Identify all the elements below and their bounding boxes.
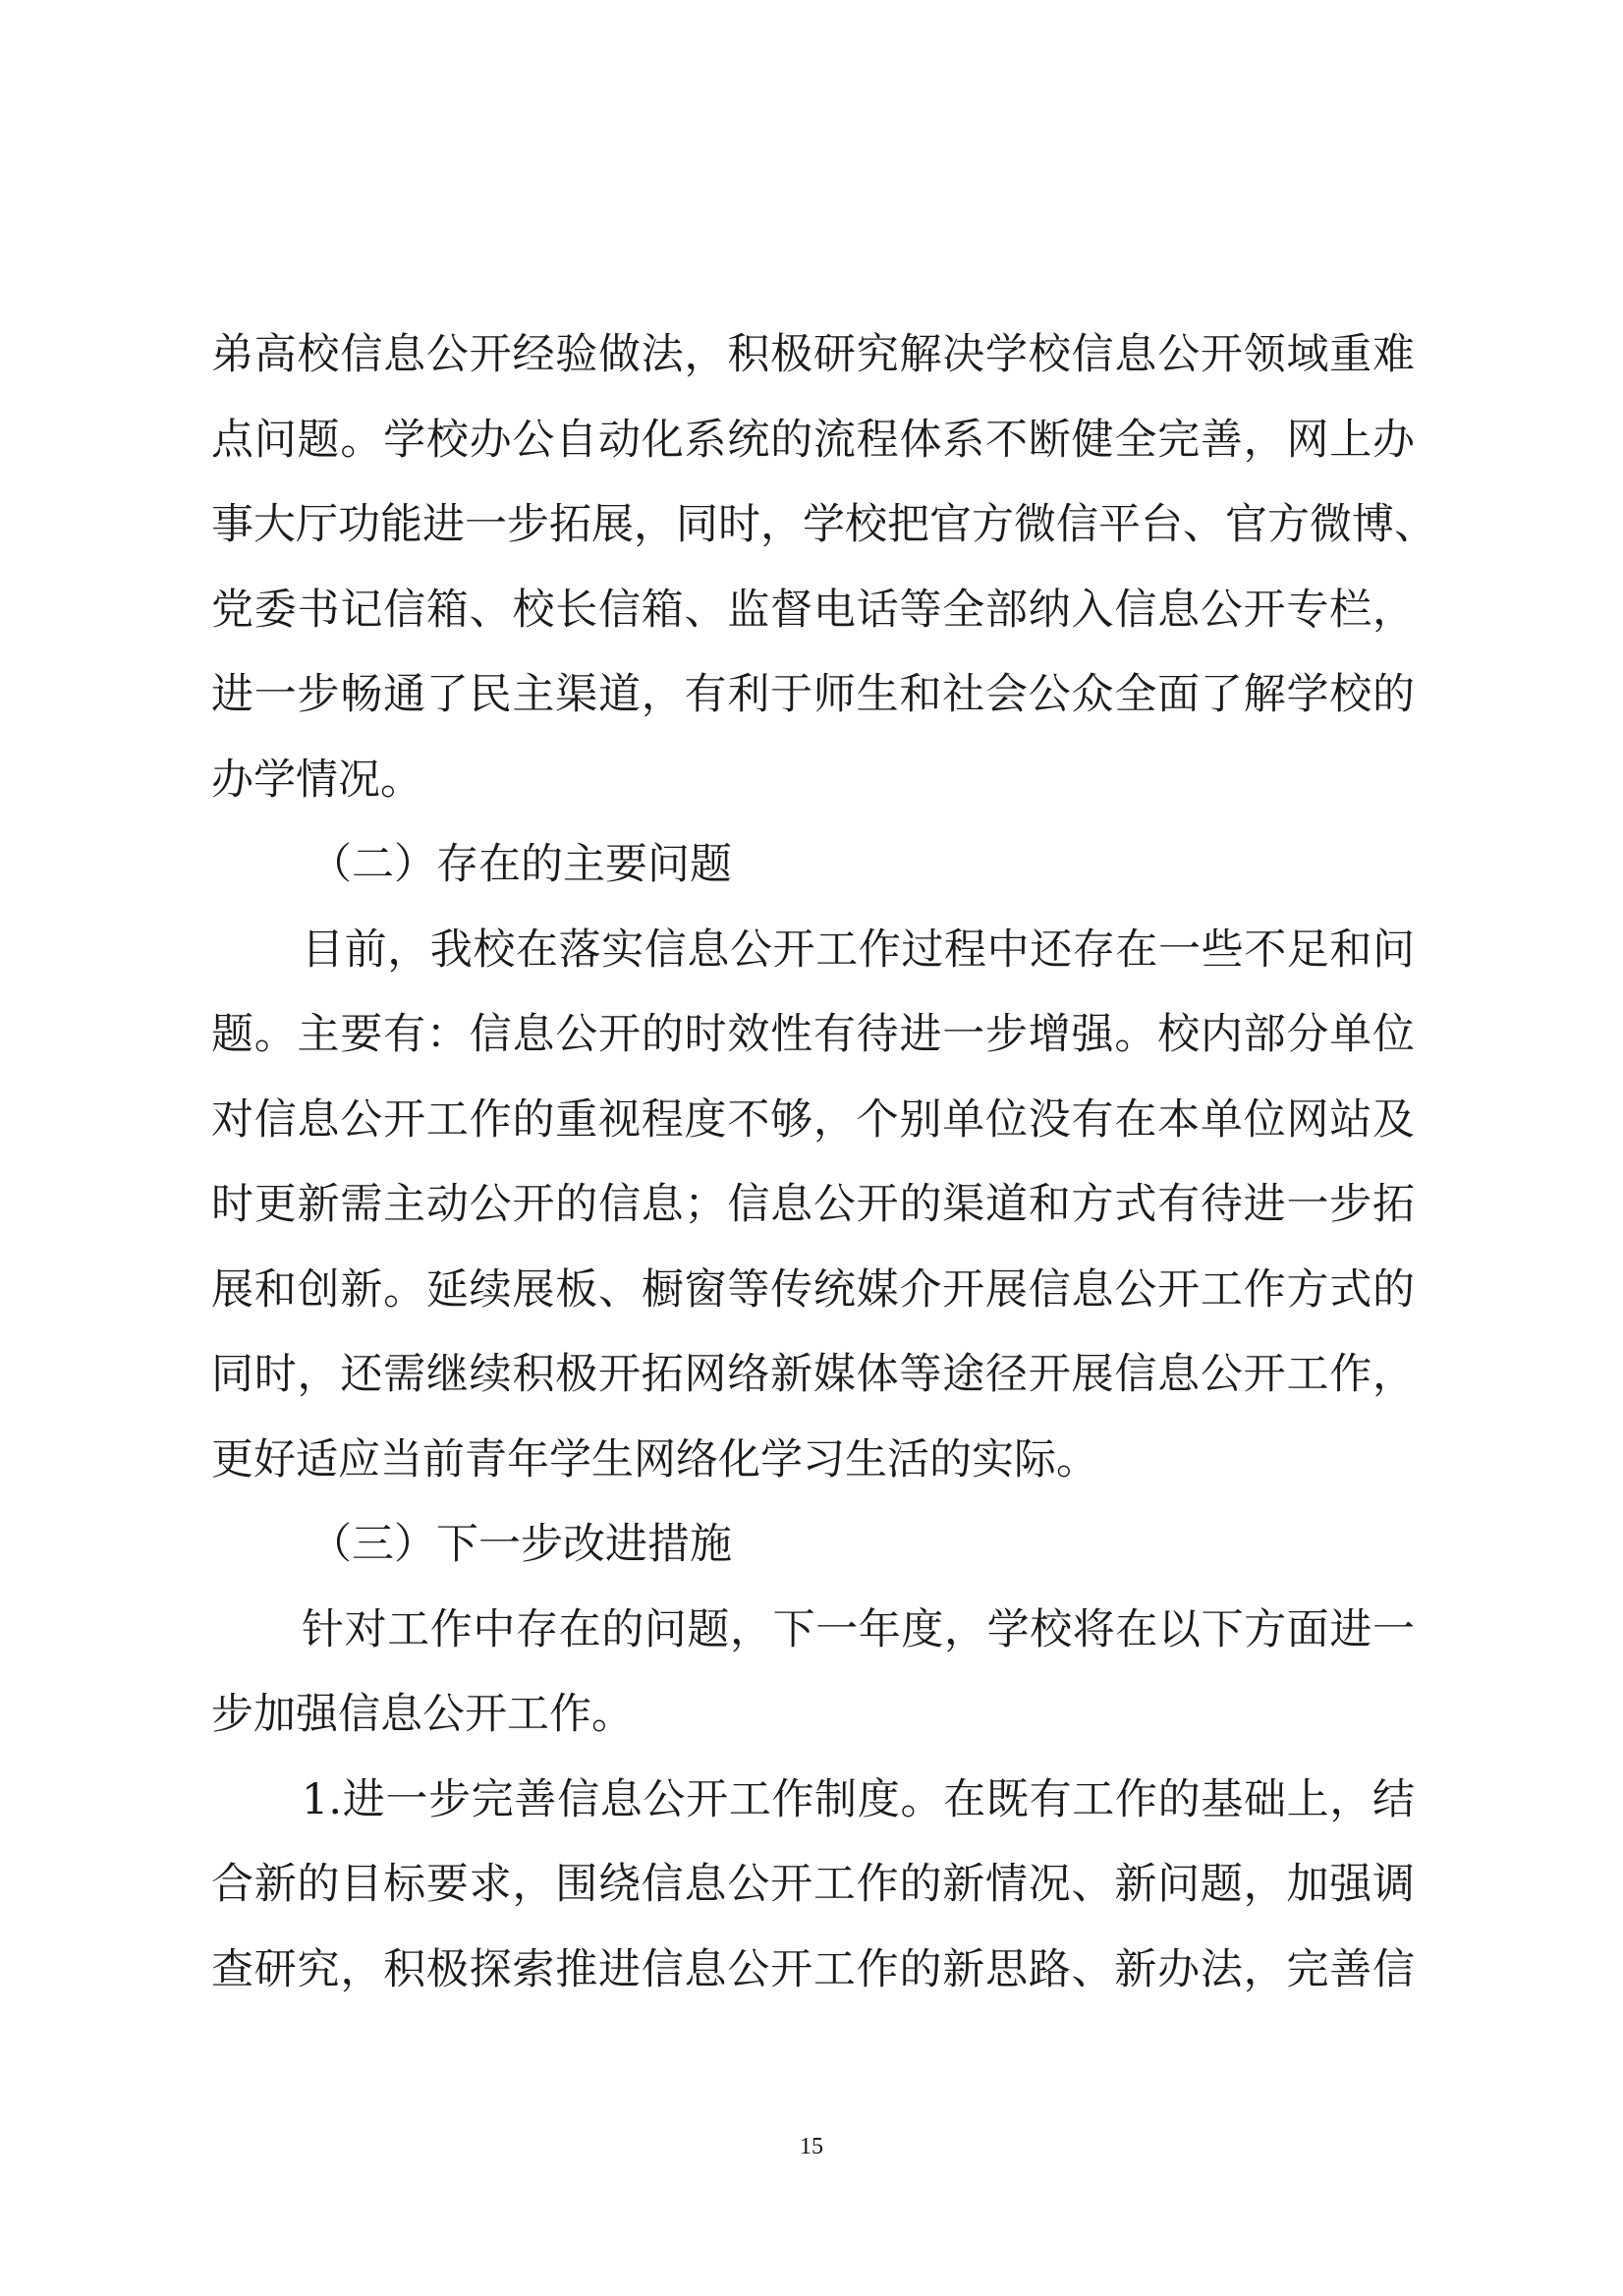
paragraph-line: 办学情况。 [211,738,1415,823]
page-number: 15 [0,2134,1623,2160]
paragraph-line: 展和创新。延续展板、橱窗等传统媒介开展信息公开工作方式的 [211,1248,1415,1333]
document-page: 弟高校信息公开经验做法，积极研究解决学校信息公开领域重难 点问题。学校办公自动化… [0,0,1623,2296]
paragraph-line: 步加强信息公开工作。 [211,1672,1415,1758]
paragraph-line: 对信息公开工作的重视程度不够，个别单位没有在本单位网站及 [211,1078,1415,1163]
paragraph-line: 进一步畅通了民主渠道，有利于师生和社会公众全面了解学校的 [211,652,1415,738]
paragraph-line: 事大厅功能进一步拓展，同时，学校把官方微信平台、官方微博、 [211,482,1415,568]
paragraph-line: 党委书记信箱、校长信箱、监督电话等全部纳入信息公开专栏， [211,568,1415,653]
paragraph-line: 同时，还需继续积极开拓网络新媒体等途径开展信息公开工作， [211,1332,1415,1418]
paragraph-line: 更好适应当前青年学生网络化学习生活的实际。 [211,1418,1415,1503]
paragraph-line: 点问题。学校办公自动化系统的流程体系不断健全完善，网上办 [211,398,1415,483]
paragraph-line: 目前，我校在落实信息公开工作过程中还存在一些不足和问 [211,908,1415,993]
paragraph-line: 合新的目标要求，围绕信息公开工作的新情况、新问题，加强调 [211,1842,1415,1928]
list-item-line: 1.进一步完善信息公开工作制度。在既有工作的基础上，结 [211,1758,1415,1843]
document-body: 弟高校信息公开经验做法，积极研究解决学校信息公开领域重难 点问题。学校办公自动化… [211,312,1415,2012]
paragraph-line: 针对工作中存在的问题，下一年度，学校将在以下方面进一 [211,1588,1415,1673]
section-heading-existing-problems: （二）存在的主要问题 [211,822,1415,908]
paragraph-line: 弟高校信息公开经验做法，积极研究解决学校信息公开领域重难 [211,312,1415,398]
paragraph-line: 时更新需主动公开的信息；信息公开的渠道和方式有待进一步拓 [211,1162,1415,1248]
paragraph-line: 查研究，积极探索推进信息公开工作的新思路、新办法，完善信 [211,1928,1415,2013]
section-heading-improvement-measures: （三）下一步改进措施 [211,1502,1415,1588]
paragraph-line: 题。主要有：信息公开的时效性有待进一步增强。校内部分单位 [211,992,1415,1078]
